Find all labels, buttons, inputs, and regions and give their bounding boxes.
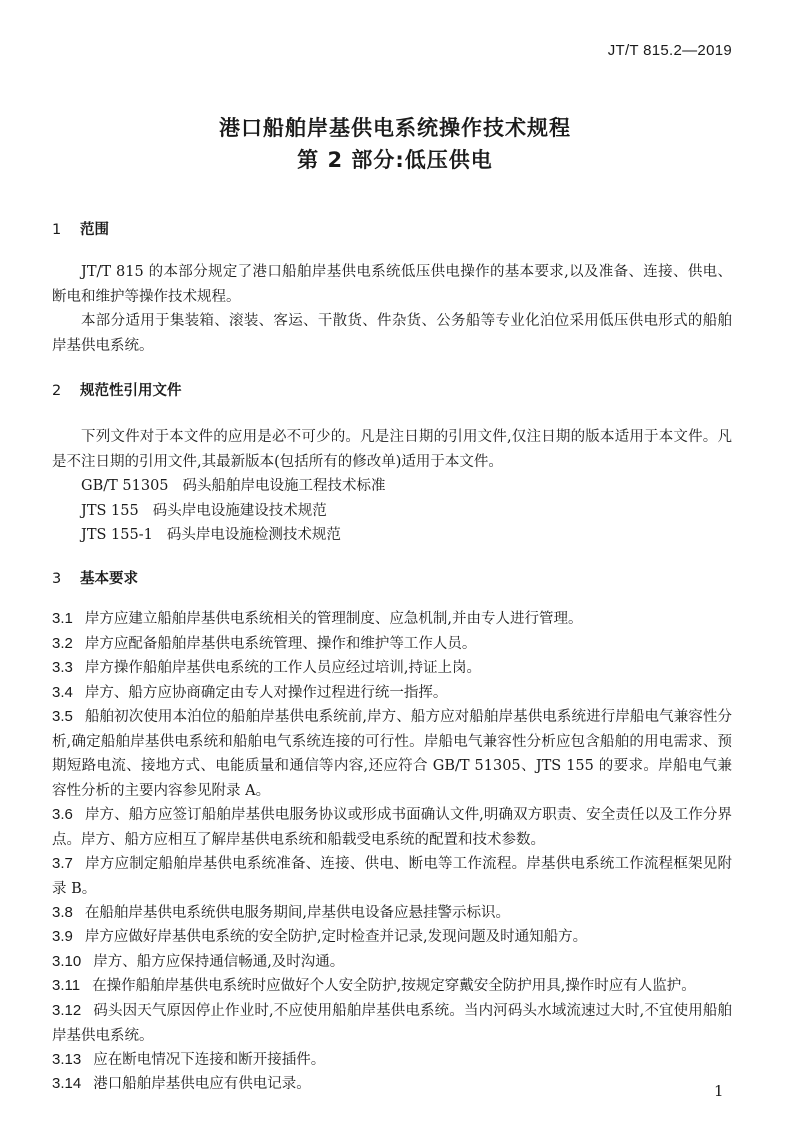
clause-text: 岸方、船方应保持通信畅通,及时沟通。 [93,954,344,970]
clause-text: 港口船舶岸基供电应有供电记录。 [93,1076,311,1092]
clause-3-12: 3.12码头因天气原因停止作业时,不应使用船舶岸基供电系统。当内河码头水域流速过… [52,999,732,1048]
document-title: 港口船舶岸基供电系统操作技术规程 第 2 部分:低压供电 [0,112,790,176]
reference-list: GB/T 51305码头船舶岸电设施工程技术标准 JTS 155码头岸电设施建设… [81,474,386,548]
section-heading-basic-requirements: 3基本要求 [52,567,138,588]
clause-text: 应在断电情况下连接和断开接插件。 [93,1052,325,1068]
clause-number: 3.8 [52,904,73,921]
clause-text: 岸方、船方应协商确定由专人对操作过程进行统一指挥。 [85,685,448,701]
clause-text: 船舶初次使用本泊位的船舶岸基供电系统前,岸方、船方应对船舶岸基供电系统进行岸船电… [52,709,732,799]
clause-3-1: 3.1岸方应建立船舶岸基供电系统相关的管理制度、应急机制,并由专人进行管理。 [52,607,732,632]
clause-3-11: 3.11在操作船舶岸基供电系统时应做好个人安全防护,按规定穿戴安全防护用具,操作… [52,974,732,999]
clause-3-10: 3.10岸方、船方应保持通信畅通,及时沟通。 [52,950,732,975]
clause-3-9: 3.9岸方应做好岸基供电系统的安全防护,定时检查并记录,发现问题及时通知船方。 [52,925,732,950]
reference-item: GB/T 51305码头船舶岸电设施工程技术标准 [81,474,386,499]
clause-number: 3.9 [52,928,73,945]
section-number: 3 [52,571,80,587]
clause-number: 3.10 [52,953,81,970]
clause-3-2: 3.2岸方应配备船舶岸基供电系统管理、操作和维护等工作人员。 [52,632,732,657]
clause-number: 3.12 [52,1002,81,1019]
clause-3-7: 3.7岸方应制定船舶岸基供电系统准备、连接、供电、断电等工作流程。岸基供电系统工… [52,852,732,901]
clause-number: 3.13 [52,1051,81,1068]
clause-number: 3.5 [52,708,73,725]
clause-text: 岸方应建立船舶岸基供电系统相关的管理制度、应急机制,并由专人进行管理。 [85,611,583,627]
clause-number: 3.14 [52,1075,81,1092]
clause-text: 岸方应做好岸基供电系统的安全防护,定时检查并记录,发现问题及时通知船方。 [85,929,587,945]
section-number: 1 [52,222,80,238]
clause-3-14: 3.14港口船舶岸基供电应有供电记录。 [52,1072,732,1097]
title-line-2: 第 2 部分:低压供电 [0,144,790,176]
scope-paragraph-2: 本部分适用于集装箱、滚装、客运、干散货、件杂货、公务船等专业化泊位采用低压供电形… [52,309,732,358]
reference-code: GB/T 51305 [81,474,169,499]
clause-3-13: 3.13应在断电情况下连接和断开接插件。 [52,1048,732,1073]
title-line-1: 港口船舶岸基供电系统操作技术规程 [0,112,790,144]
clause-3-3: 3.3岸方操作船舶岸基供电系统的工作人员应经过培训,持证上岗。 [52,656,732,681]
reference-item: JTS 155-1码头岸电设施检测技术规范 [81,523,386,548]
clause-text: 在船舶岸基供电系统供电服务期间,岸基供电设备应悬挂警示标识。 [85,905,510,921]
standard-code: JT/T 815.2—2019 [608,42,732,59]
clause-number: 3.4 [52,684,73,701]
clause-number: 3.11 [52,977,80,994]
reference-title: 码头岸电设施建设技术规范 [153,503,327,519]
clause-number: 3.3 [52,659,73,676]
clause-number: 3.6 [52,806,73,823]
clause-number: 3.2 [52,635,73,652]
reference-title: 码头船舶岸电设施工程技术标准 [183,478,386,494]
scope-paragraph-1: JT/T 815 的本部分规定了港口船舶岸基供电系统低压供电操作的基本要求,以及… [52,260,732,309]
clause-text: 岸方应配备船舶岸基供电系统管理、操作和维护等工作人员。 [85,636,477,652]
clause-number: 3.1 [52,610,73,627]
reference-code: JTS 155 [81,499,139,524]
clause-3-5: 3.5船舶初次使用本泊位的船舶岸基供电系统前,岸方、船方应对船舶岸基供电系统进行… [52,705,732,803]
clause-3-8: 3.8在船舶岸基供电系统供电服务期间,岸基供电设备应悬挂警示标识。 [52,901,732,926]
reference-item: JTS 155码头岸电设施建设技术规范 [81,499,386,524]
references-intro: 下列文件对于本文件的应用是必不可少的。凡是注日期的引用文件,仅注日期的版本适用于… [52,425,732,474]
clause-text: 岸方操作船舶岸基供电系统的工作人员应经过培训,持证上岗。 [85,660,481,676]
section-title: 基本要求 [80,571,138,587]
section-heading-normative-references: 2规范性引用文件 [52,379,182,400]
clause-text: 岸方、船方应签订船舶岸基供电服务协议或形成书面确认文件,明确双方职责、安全责任以… [52,807,732,848]
clause-3-4: 3.4岸方、船方应协商确定由专人对操作过程进行统一指挥。 [52,681,732,706]
page-number: 1 [714,1082,724,1100]
section-title: 规范性引用文件 [80,383,182,399]
clause-number: 3.7 [52,855,73,872]
reference-code: JTS 155-1 [81,523,153,548]
section-number: 2 [52,383,80,399]
reference-title: 码头岸电设施检测技术规范 [167,527,341,543]
clause-text: 码头因天气原因停止作业时,不应使用船舶岸基供电系统。当内河码头水域流速过大时,不… [52,1003,732,1044]
clause-text: 岸方应制定船舶岸基供电系统准备、连接、供电、断电等工作流程。岸基供电系统工作流程… [52,856,732,897]
clause-3-6: 3.6岸方、船方应签订船舶岸基供电服务协议或形成书面确认文件,明确双方职责、安全… [52,803,732,852]
clause-text: 在操作船舶岸基供电系统时应做好个人安全防护,按规定穿戴安全防护用具,操作时应有人… [92,978,696,994]
section-title: 范围 [80,222,109,238]
section-heading-scope: 1范围 [52,218,109,239]
